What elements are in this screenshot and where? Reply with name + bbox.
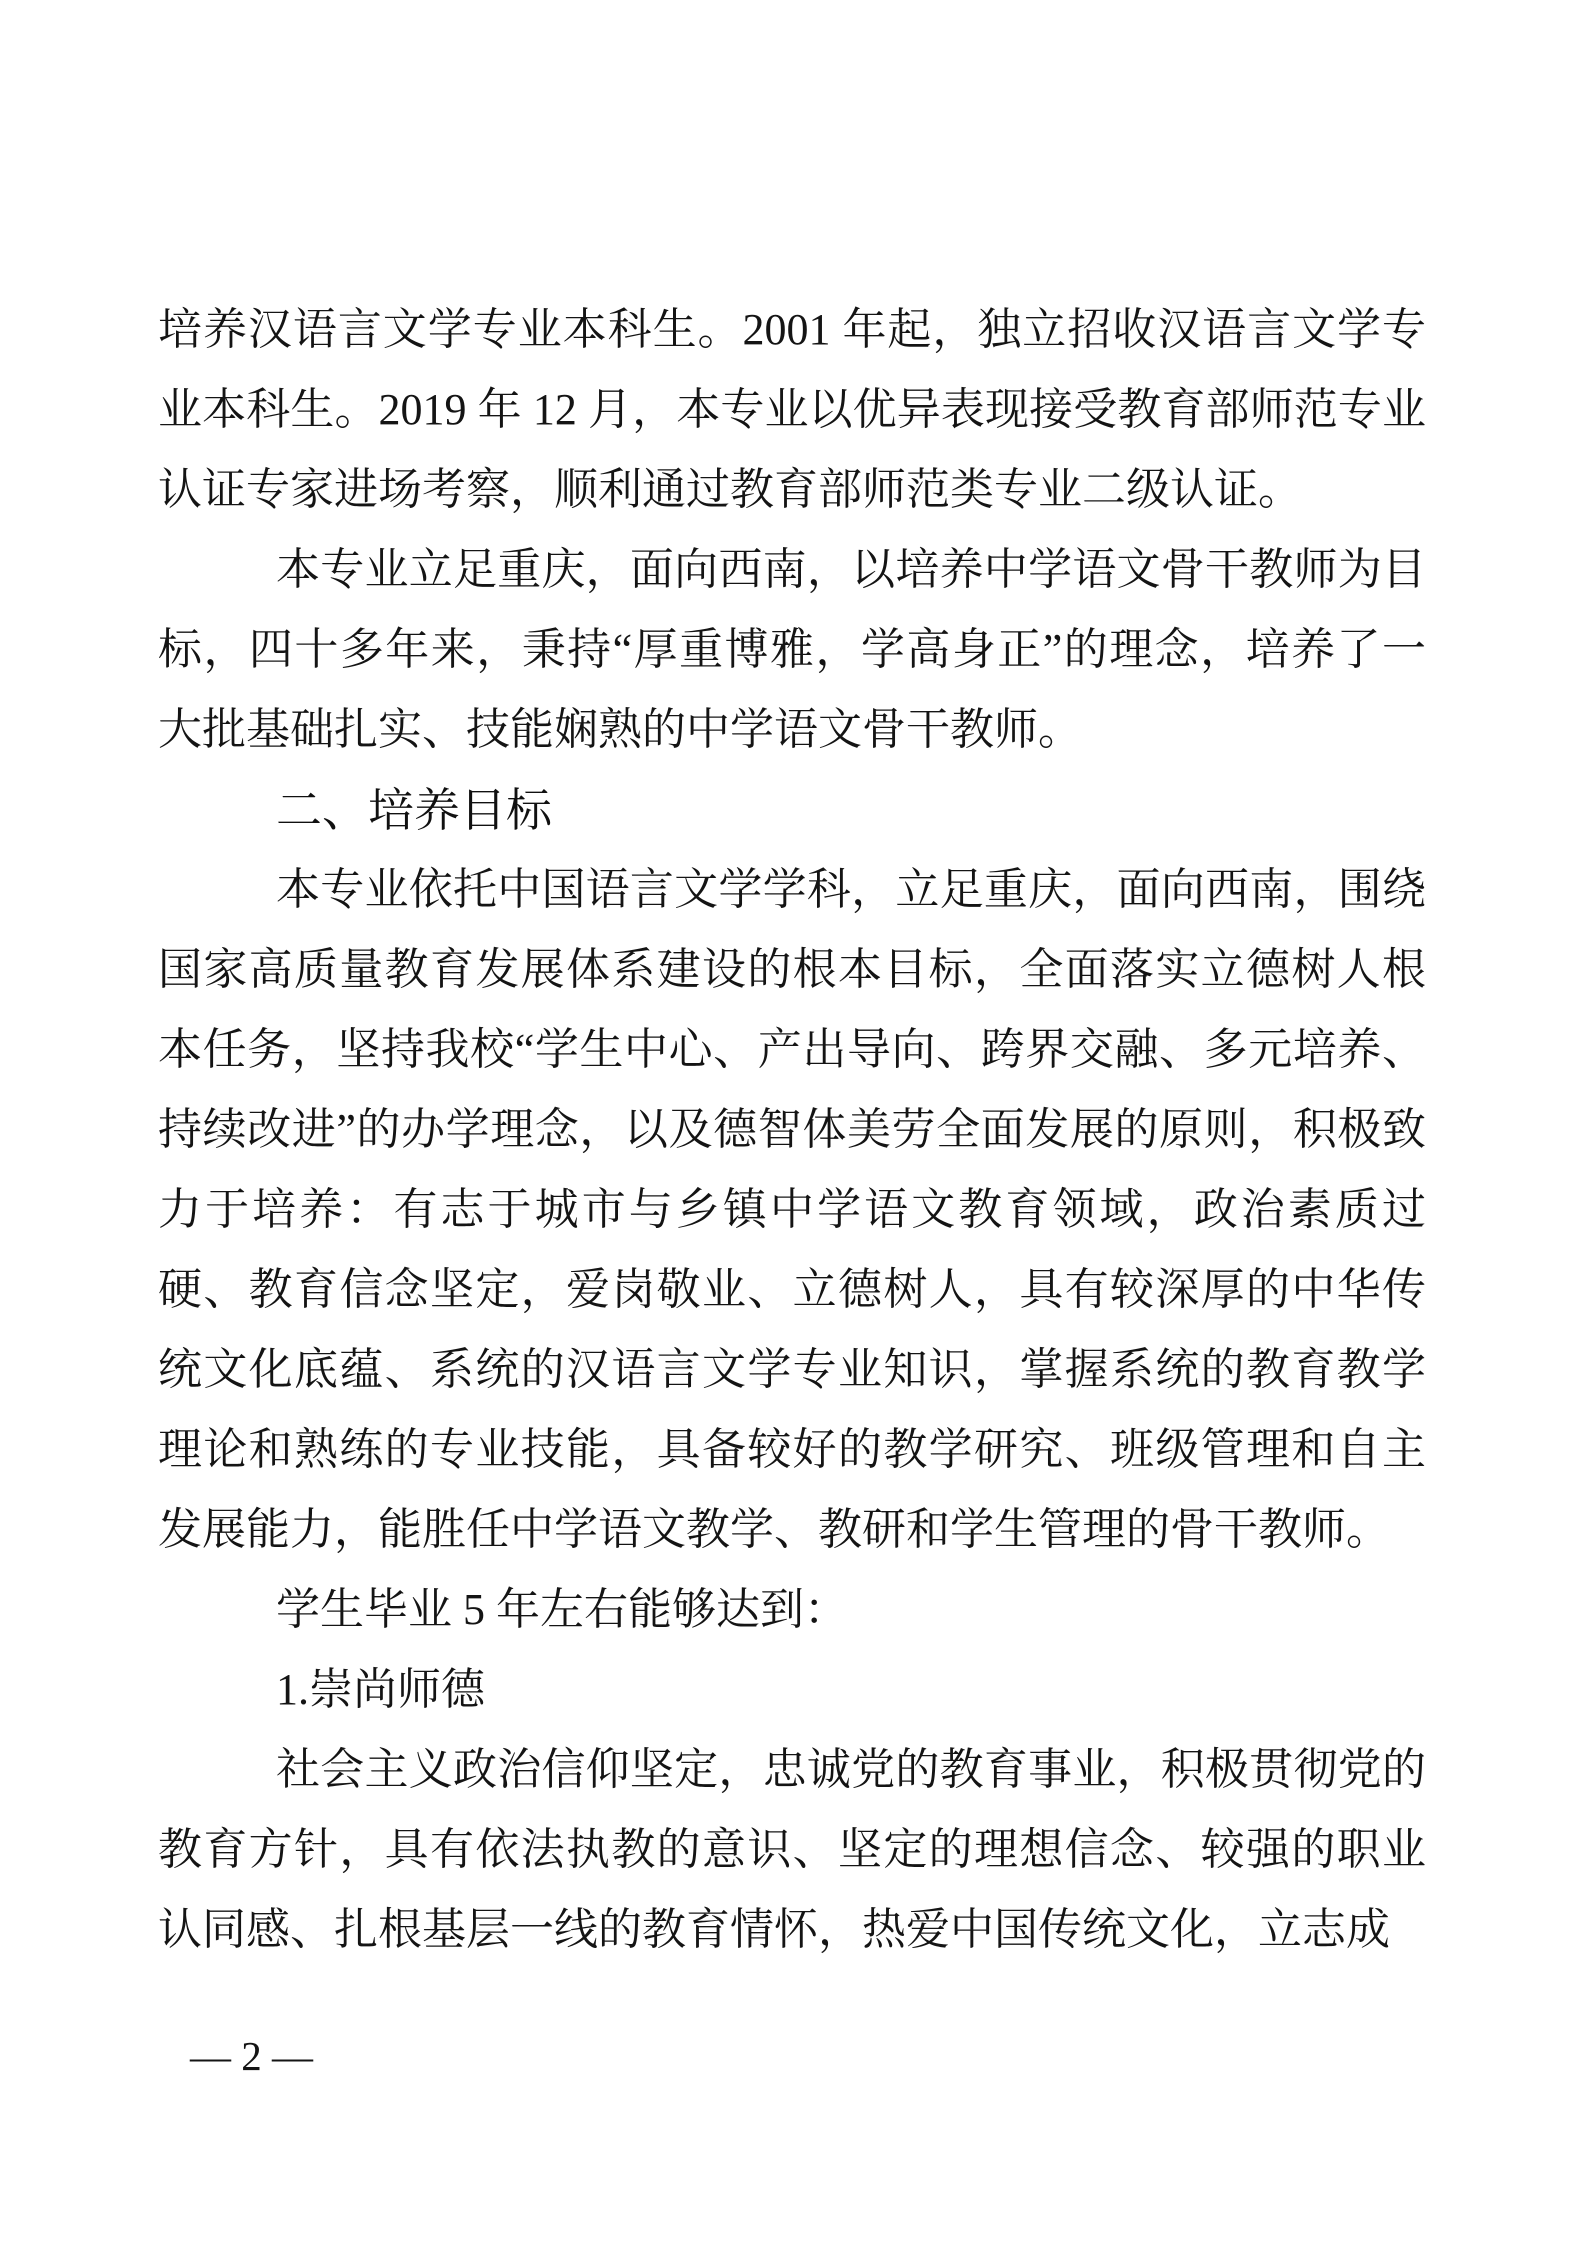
paragraph-continuation: 培养汉语言文学专业本科生。2001 年起，独立招收汉语言文学专业本科生。2019… bbox=[158, 290, 1426, 530]
paragraph-objectives: 本专业依托中国语言文学学科，立足重庆，面向西南，围绕国家高质量教育发展体系建设的… bbox=[158, 850, 1426, 1570]
page-body: 培养汉语言文学专业本科生。2001 年起，独立招收汉语言文学专业本科生。2019… bbox=[158, 290, 1426, 1970]
paragraph-graduate-goal: 学生毕业 5 年左右能够达到： bbox=[158, 1570, 1426, 1650]
document-page: 培养汉语言文学专业本科生。2001 年起，独立招收汉语言文学专业本科生。2019… bbox=[0, 0, 1587, 2245]
section-heading-training-objectives: 二、培养目标 bbox=[158, 770, 1426, 850]
subsection-heading-teacher-ethics: 1.崇尚师德 bbox=[158, 1650, 1426, 1730]
paragraph-teacher-ethics: 社会主义政治信仰坚定，忠诚党的教育事业，积极贯彻党的教育方针，具有依法执教的意识… bbox=[158, 1730, 1426, 1970]
paragraph-overview: 本专业立足重庆，面向西南，以培养中学语文骨干教师为目标，四十多年来，秉持“厚重博… bbox=[158, 530, 1426, 770]
page-number: — 2 — bbox=[190, 2034, 313, 2078]
